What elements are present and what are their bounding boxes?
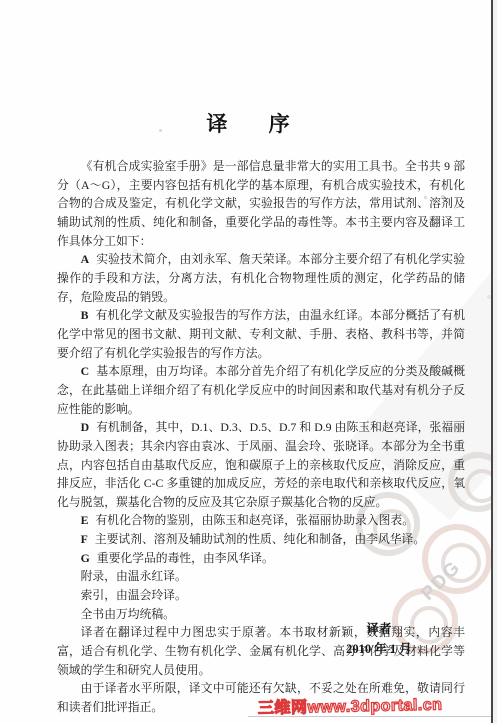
paragraph-text: 《有机合成实验室手册》是一部信息量非常大的实用工具书。全书共 9 部分（A～G）… bbox=[57, 159, 465, 248]
paragraph-section-c: C基本原理，由万均译。本部分首先介绍了有机化学反应的分类及酸碱概念，在此基础上详… bbox=[57, 362, 465, 418]
section-label: F bbox=[81, 532, 88, 546]
paragraph-text: 基本原理，由万均译。本部分首先介绍了有机化学反应的分类及酸碱概念，在此基础上详细… bbox=[57, 364, 465, 415]
paragraph-text: 附录，由温永红译。 bbox=[81, 569, 187, 583]
paragraph-text: 有机制备，其中，D.1、D.3、D.5、D.7 和 D.9 由陈玉和赵亮译，张福… bbox=[57, 420, 465, 509]
paragraph-text: 全书由万均统稿。 bbox=[81, 607, 175, 621]
signature: 译者 bbox=[321, 620, 437, 640]
paragraph-section-a: A实验技术简介，由刘永军、詹天荣译。本部分主要介绍了有机化学实验操作的手段和方法… bbox=[57, 250, 465, 306]
page-edge-line bbox=[491, 0, 493, 723]
paragraph-appendix: 附录，由温永红译。 bbox=[57, 567, 465, 586]
section-label: A bbox=[81, 252, 90, 266]
section-label: D bbox=[81, 420, 90, 434]
paragraph-index: 索引，由温会玲译。 bbox=[57, 586, 465, 605]
paragraph-section-b: B有机化学文献及实验报告的写作方法，由温永红译。本部分概括了有机化学中常见的图书… bbox=[57, 306, 465, 362]
paragraph-section-e: E有机化合物的鉴别，由陈玉和赵亮译，张福丽协助录入图表。 bbox=[57, 511, 465, 530]
section-label: G bbox=[81, 551, 90, 565]
scan-margin bbox=[493, 0, 497, 723]
site-watermark: 三维网www.3dportal.cn bbox=[258, 691, 488, 719]
paragraph-text: 有机化合物的鉴别，由陈玉和赵亮译，张福丽协助录入图表。 bbox=[95, 513, 414, 527]
section-label: B bbox=[81, 308, 89, 322]
paragraph-section-f: F主要试剂、溶剂及辅助试剂的性质、纯化和制备，由李风华译。 bbox=[57, 530, 465, 549]
page-title: 译 序 bbox=[0, 108, 497, 138]
scanned-book-page: PDG 译 序 《有机合成实验室手册》是一部信息量非常大的实用工具书。全书共 9… bbox=[0, 0, 497, 723]
section-label: E bbox=[81, 513, 89, 527]
signature-date: 2010 年 1 月 bbox=[321, 640, 437, 660]
page-bottom-edge-line bbox=[248, 716, 491, 717]
paragraph-section-g: G重要化学品的毒性，由李风华译。 bbox=[57, 549, 465, 568]
paragraph-text: 索引，由温会玲译。 bbox=[81, 588, 187, 602]
paragraph-text: 重要化学品的毒性，由李风华译。 bbox=[97, 551, 274, 565]
paragraph-text: 主要试剂、溶剂及辅助试剂的性质、纯化和制备，由李风华译。 bbox=[95, 532, 425, 546]
signature-block: 译者 2010 年 1 月 bbox=[321, 620, 437, 659]
paragraph-text: 实验技术简介，由刘永军、詹天荣译。本部分主要介绍了有机化学实验操作的手段和方法，… bbox=[57, 252, 465, 303]
paragraph-intro: 《有机合成实验室手册》是一部信息量非常大的实用工具书。全书共 9 部分（A～G）… bbox=[57, 157, 465, 250]
section-label: C bbox=[81, 364, 90, 378]
paragraph-section-d: D有机制备，其中，D.1、D.3、D.5、D.7 和 D.9 由陈玉和赵亮译，张… bbox=[57, 418, 465, 511]
paragraph-text: 有机化学文献及实验报告的写作方法，由温永红译。本部分概括了有机化学中常见的图书文… bbox=[57, 308, 465, 359]
